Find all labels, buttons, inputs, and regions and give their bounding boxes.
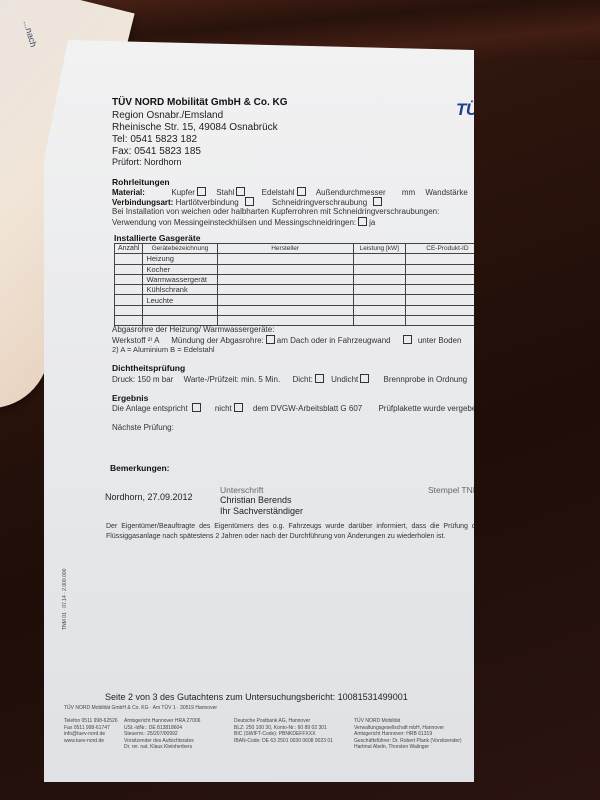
logo-brand: TÜV NORD [456, 100, 541, 120]
header-region: Region Osnabr./Emsland [112, 110, 223, 121]
footer-line: Amtsgericht Hannover HRA 27006 [124, 718, 200, 725]
footer-address: TÜV NORD Mobilität GmbH & Co. KG · Am TÜ… [64, 705, 217, 711]
section-dichtheit: Dichtheitsprüfung [112, 363, 185, 373]
section-gasgeraete: Installierte Gasgeräte [114, 233, 200, 243]
table-cell[interactable] [115, 295, 143, 305]
table-cell[interactable] [115, 264, 143, 274]
dicht-checkbox[interactable] [315, 374, 324, 383]
signer-name: Christian Berends [220, 495, 292, 505]
aussendurchmesser-label: Außendurchmesser [316, 188, 386, 197]
plakette-ja-checkbox[interactable] [489, 403, 498, 412]
kupfer-label: Kupfer [171, 188, 195, 197]
table-cell[interactable] [405, 264, 489, 274]
table-cell[interactable] [115, 285, 143, 295]
table-cell: Warmwassergerät [143, 274, 217, 284]
table-row [115, 305, 490, 315]
anlage-label: Die Anlage entspricht [112, 404, 188, 413]
section-rohrleitungen: Rohrleitungen [112, 177, 170, 187]
unter-boden-label: unter Boden [418, 336, 462, 345]
footer-col-register: Amtsgericht Hannover HRA 27006USt.-IdNr.… [124, 718, 200, 751]
footer-line: Dr. rer. nat. Klaus Kleinherbers [124, 744, 200, 751]
abgas-title: Abgasrohre der Heizung/ Warmwassergeräte… [112, 325, 274, 334]
table-cell[interactable] [217, 254, 353, 264]
header-phone: Tel: 0541 5823 182 [112, 134, 197, 145]
gas-devices-table: AnzahlGerätebezeichnungHerstellerLeistun… [114, 243, 490, 326]
back-page-text: ...nach [22, 19, 39, 48]
table-cell[interactable] [405, 305, 489, 315]
table-cell[interactable] [115, 305, 143, 315]
table-cell[interactable] [115, 254, 143, 264]
brennprobe-nein-checkbox[interactable] [503, 374, 512, 383]
installation-note: Bei Installation von weichen oder halbha… [112, 207, 439, 216]
entspricht-checkbox[interactable] [192, 403, 201, 412]
dichtheit-row: Druck: 150 m bar Warte-/Prüfzeit: min. 5… [112, 374, 529, 384]
table-row: Leuchte [115, 295, 490, 305]
header-pruefort: Prüfort: Nordhorn [112, 157, 182, 167]
schneidring-label: Schneidringverschraubung [272, 198, 367, 207]
table-cell[interactable] [353, 264, 405, 274]
kupfer-checkbox[interactable] [197, 187, 206, 196]
table-cell[interactable] [217, 305, 353, 315]
druck-value: Druck: 150 m bar [112, 375, 173, 384]
table-cell: Kocher [143, 264, 217, 274]
footer-col-bank: Deutsche Postbank AG, HannoverBLZ: 250 1… [234, 718, 333, 744]
stahl-label: Stahl [216, 188, 234, 197]
table-cell[interactable] [353, 274, 405, 284]
dach-checkbox[interactable] [266, 335, 275, 344]
wandstaerke-unit: mm [484, 188, 497, 197]
plakette-label: Prüfplakette wurde vergeben [378, 404, 480, 413]
dach-label: am Dach oder in Fahrzeugwand [277, 336, 391, 345]
table-cell[interactable] [405, 295, 489, 305]
table-cell [143, 305, 217, 315]
wandstaerke-label: Wandstärke [425, 188, 467, 197]
schneidring-checkbox[interactable] [373, 197, 382, 206]
table-cell[interactable] [405, 254, 489, 264]
table-cell[interactable] [353, 285, 405, 295]
brennprobe-nein-label: nein [514, 375, 529, 384]
abgas-row: Werkstoff ²⁾ A Mündung der Abgasrohre:am… [112, 335, 461, 345]
table-cell[interactable] [353, 254, 405, 264]
aussendurchmesser-unit: mm [402, 188, 415, 197]
unterschrift-label: Unterschrift [220, 485, 263, 495]
table-cell[interactable] [353, 316, 405, 326]
page-info: Seite 2 von 3 des Gutachtens zum Untersu… [105, 692, 408, 702]
signer-role: Ihr Sachverständiger [220, 506, 303, 516]
plakette-ja-label: ja [500, 404, 506, 413]
material-row: Material: Kupfer Stahl Edelstahl Außendu… [112, 187, 497, 197]
column-header: Gerätebezeichnung [143, 244, 217, 254]
verbindungsart-row: Verbindungsart: Hartlötverbindung Schnei… [112, 197, 384, 207]
footer-line: Telefon 0511 998-62526 [64, 718, 118, 725]
dvgw-label: dem DVGW-Arbeitsblatt G 607 [253, 404, 362, 413]
table-cell[interactable] [115, 274, 143, 284]
table-cell[interactable] [217, 295, 353, 305]
document-page: TÜV NORD Mobilität GmbH & Co. KG Region … [44, 40, 474, 782]
column-header: Hersteller [217, 244, 353, 254]
undicht-checkbox[interactable] [360, 374, 369, 383]
edelstahl-checkbox[interactable] [297, 187, 306, 196]
notice-line1: Der Eigentümer/Beauftragte des Eigentüme… [106, 523, 482, 530]
undicht-label: Undicht [331, 375, 358, 384]
messing-row: Verwendung von Messingeinsteckhülsen und… [112, 217, 375, 227]
plakette-nein-checkbox[interactable] [516, 403, 525, 412]
ergebnis-row: Die Anlage entspricht nicht dem DVGW-Arb… [112, 403, 543, 413]
stahl-checkbox[interactable] [236, 187, 245, 196]
table-row: Kühlschrank [115, 285, 490, 295]
table-cell[interactable] [217, 274, 353, 284]
plakette-nein-label: nein [527, 404, 542, 413]
footer-line: www.tuev-nord.de [64, 738, 118, 745]
messing-checkbox[interactable] [358, 217, 367, 226]
footer-line: Hartmut Abeln, Thorsten Walinger [354, 744, 462, 751]
stempel-label: Stempel TNM [428, 485, 480, 495]
column-header: Leistung [kW] [353, 244, 405, 254]
table-cell[interactable] [353, 295, 405, 305]
column-header: CE-Produkt-ID [405, 244, 489, 254]
nicht-label: nicht [215, 404, 232, 413]
table-cell[interactable] [405, 274, 489, 284]
werkstoff-legend: 2) A = Aluminium B = Edelstahl [112, 345, 215, 354]
footer-col-management: TÜV NORD MobilitätVerwaltungsgesellschaf… [354, 718, 462, 751]
table-cell: Heizung [143, 254, 217, 264]
nicht-checkbox[interactable] [234, 403, 243, 412]
table-cell[interactable] [217, 285, 353, 295]
naechste-pruefung: Nächste Prüfung: [112, 423, 174, 432]
hartloet-label: Hartlötverbindung [176, 198, 239, 207]
verbindungsart-label: Verbindungsart: [112, 198, 173, 207]
table-cell: Leuchte [143, 295, 217, 305]
section-ergebnis: Ergebnis [112, 393, 148, 403]
edelstahl-label: Edelstahl [262, 188, 295, 197]
company-name: TÜV NORD Mobilität GmbH & Co. KG [112, 97, 288, 108]
wartezeit-value: Warte-/Prüfzeit: min. 5 Min. [184, 375, 281, 384]
place-date: Nordhorn, 27.09.2012 [105, 492, 193, 502]
table-row: Heizung [115, 254, 490, 264]
brennprobe-label: Brennprobe in Ordnung [384, 375, 468, 384]
material-label: Material: [112, 188, 145, 197]
table-row: Warmwassergerät [115, 274, 490, 284]
messing-label: Verwendung von Messingeinsteckhülsen und… [112, 218, 356, 227]
table-cell[interactable] [405, 285, 489, 295]
footer-col-contact: Telefon 0511 998-62526Fax 0511 998-61747… [64, 718, 118, 744]
dicht-label: Dicht: [292, 375, 312, 384]
messing-ja-label: ja [369, 218, 375, 227]
werkstoff-label: Werkstoff ²⁾ A [112, 336, 159, 345]
logo-arc-icon [485, 77, 555, 147]
header-fax: Fax: 0541 5823 185 [112, 146, 201, 157]
table-cell[interactable] [353, 305, 405, 315]
logo-sub: Mobilität [508, 120, 534, 127]
column-header: Anzahl [115, 244, 143, 254]
section-bemerkungen: Bemerkungen: [110, 463, 170, 473]
brennprobe-ja-label: ja [486, 375, 492, 384]
table-cell: Kühlschrank [143, 285, 217, 295]
side-form-code: TNM 01 · 07.14 · 2.000.000 [62, 569, 68, 630]
muendung-label: Mündung der Abgasrohre: [171, 336, 264, 345]
unter-boden-checkbox[interactable] [403, 335, 412, 344]
notice-line2: Flüssiggasanlage nach spätestens 2 Jahre… [106, 533, 445, 540]
table-cell[interactable] [217, 264, 353, 274]
brennprobe-ja-checkbox[interactable] [475, 374, 484, 383]
header-address: Rheinische Str. 15, 49084 Osnabrück [112, 122, 278, 133]
footer-line: IBAN-Code: DE 63 2501 0030 0608 9023 01 [234, 738, 333, 745]
table-row: Kocher [115, 264, 490, 274]
hartloet-checkbox[interactable] [245, 197, 254, 206]
table-cell[interactable] [405, 316, 489, 326]
